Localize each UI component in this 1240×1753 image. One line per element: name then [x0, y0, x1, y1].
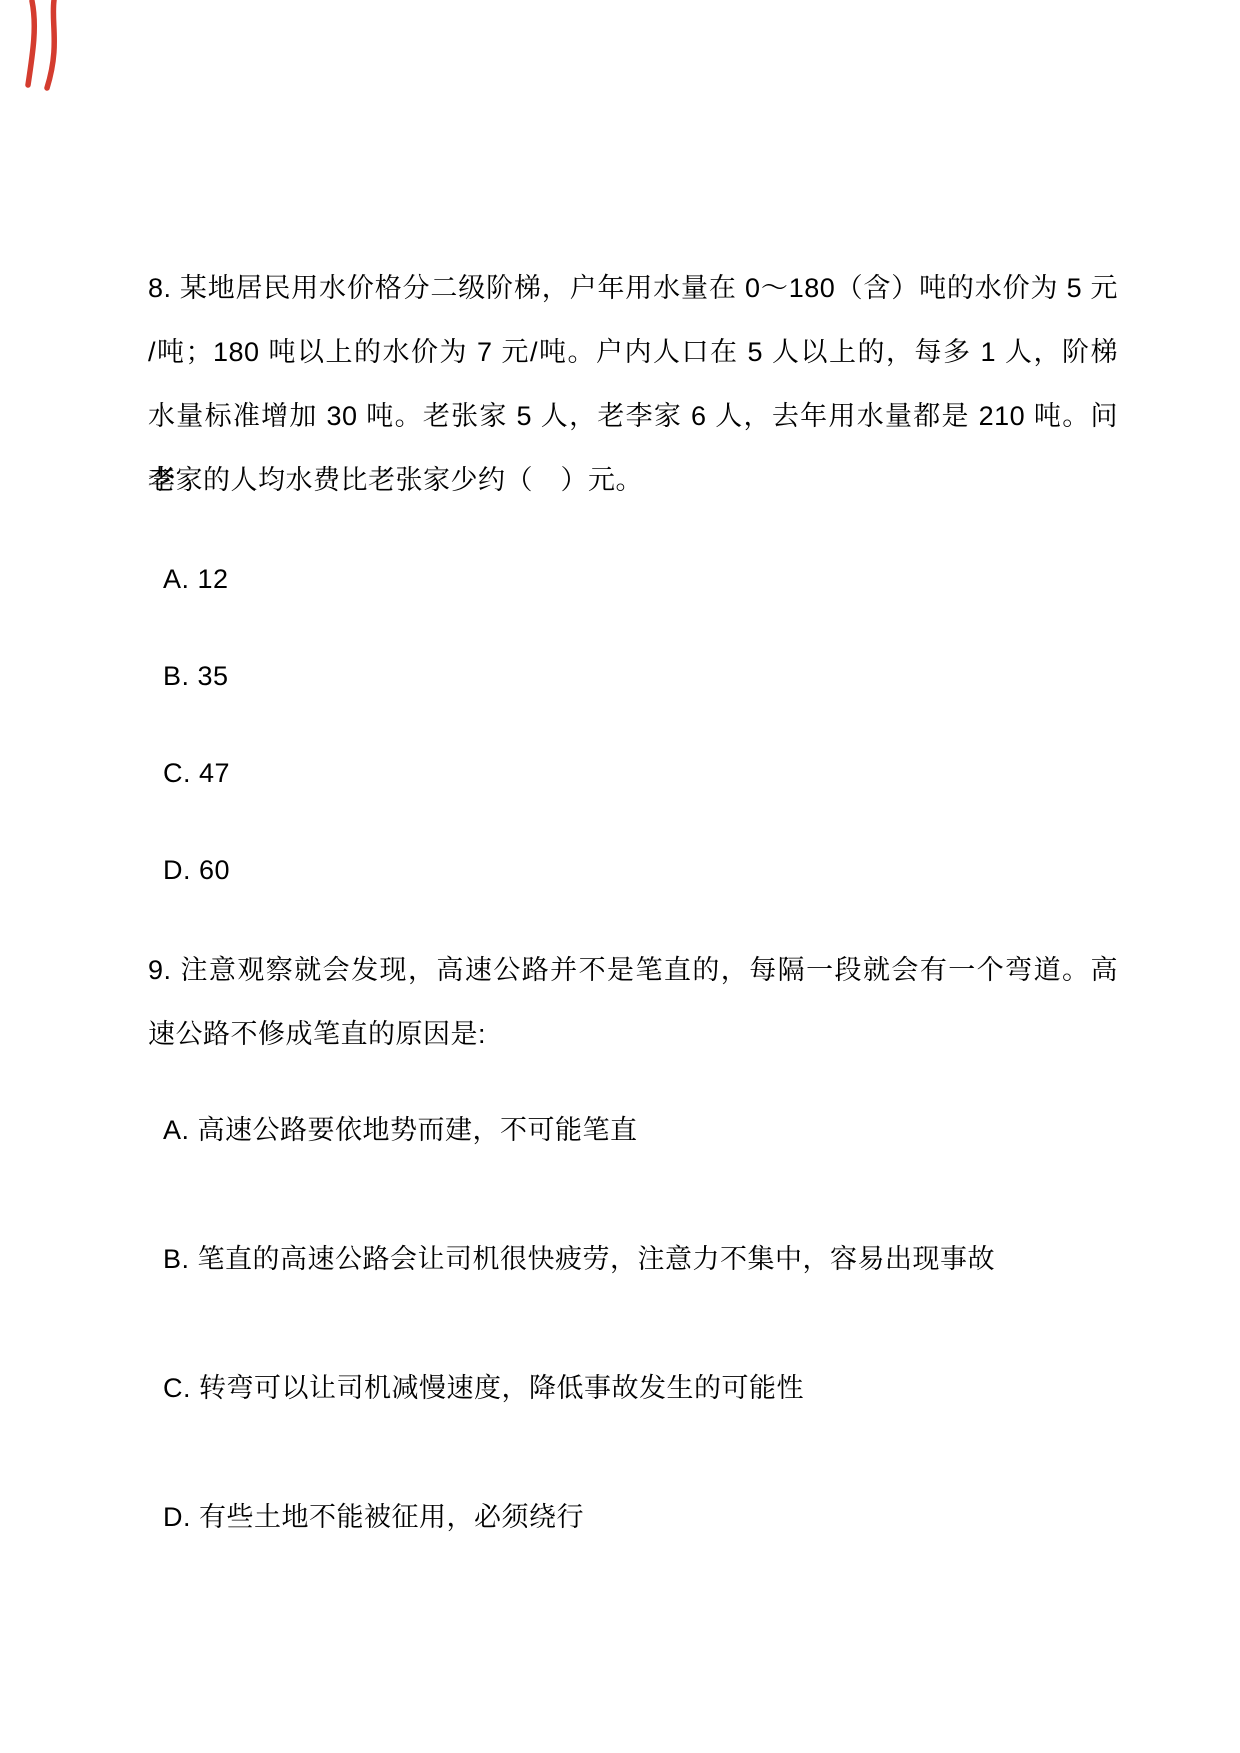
question-8-option-c: C. 47 [163, 758, 1118, 788]
question-9-option-d: D. 有些土地不能被征用，必须绕行 [163, 1502, 1118, 1532]
question-9: 9. 注意观察就会发现，高速公路并不是笔直的，每隔一段就会有一个弯道。高 速公路… [148, 938, 1118, 1532]
question-9-line-2: 速公路不修成笔直的原因是: [148, 1002, 1118, 1066]
question-9-option-c: C. 转弯可以让司机减慢速度，降低事故发生的可能性 [163, 1373, 1118, 1403]
question-8-line-1: 8. 某地居民用水价格分二级阶梯，户年用水量在 0～180（含）吨的水价为 5 … [148, 256, 1118, 320]
question-8-options: A. 12 B. 35 C. 47 D. 60 [163, 564, 1118, 885]
question-8-line-4: 李家的人均水费比老张家少约（ ）元。 [148, 448, 1118, 512]
question-9-option-b: B. 笔直的高速公路会让司机很快疲劳，注意力不集中，容易出现事故 [163, 1244, 1118, 1274]
question-9-option-a: A. 高速公路要依地势而建，不可能笔直 [163, 1115, 1118, 1145]
question-9-text: 9. 注意观察就会发现，高速公路并不是笔直的，每隔一段就会有一个弯道。高 速公路… [148, 938, 1118, 1066]
question-8-option-b: B. 35 [163, 661, 1118, 691]
question-8-line-3: 水量标准增加 30 吨。老张家 5 人，老李家 6 人，去年用水量都是 210 … [148, 384, 1118, 448]
question-8: 8. 某地居民用水价格分二级阶梯，户年用水量在 0～180（含）吨的水价为 5 … [148, 256, 1118, 885]
question-8-text: 8. 某地居民用水价格分二级阶梯，户年用水量在 0～180（含）吨的水价为 5 … [148, 256, 1118, 512]
document-page: 8. 某地居民用水价格分二级阶梯，户年用水量在 0～180（含）吨的水价为 5 … [0, 0, 1240, 1753]
question-9-options: A. 高速公路要依地势而建，不可能笔直 B. 笔直的高速公路会让司机很快疲劳，注… [163, 1115, 1118, 1532]
page-content: 8. 某地居民用水价格分二级阶梯，户年用水量在 0～180（含）吨的水价为 5 … [148, 256, 1118, 1532]
question-8-line-2: /吨；180 吨以上的水价为 7 元/吨。户内人口在 5 人以上的，每多 1 人… [148, 320, 1118, 384]
question-8-option-a: A. 12 [163, 564, 1118, 594]
question-9-line-1: 9. 注意观察就会发现，高速公路并不是笔直的，每隔一段就会有一个弯道。高 [148, 938, 1118, 1002]
red-pen-mark-icon [22, 0, 66, 92]
question-8-option-d: D. 60 [163, 855, 1118, 885]
